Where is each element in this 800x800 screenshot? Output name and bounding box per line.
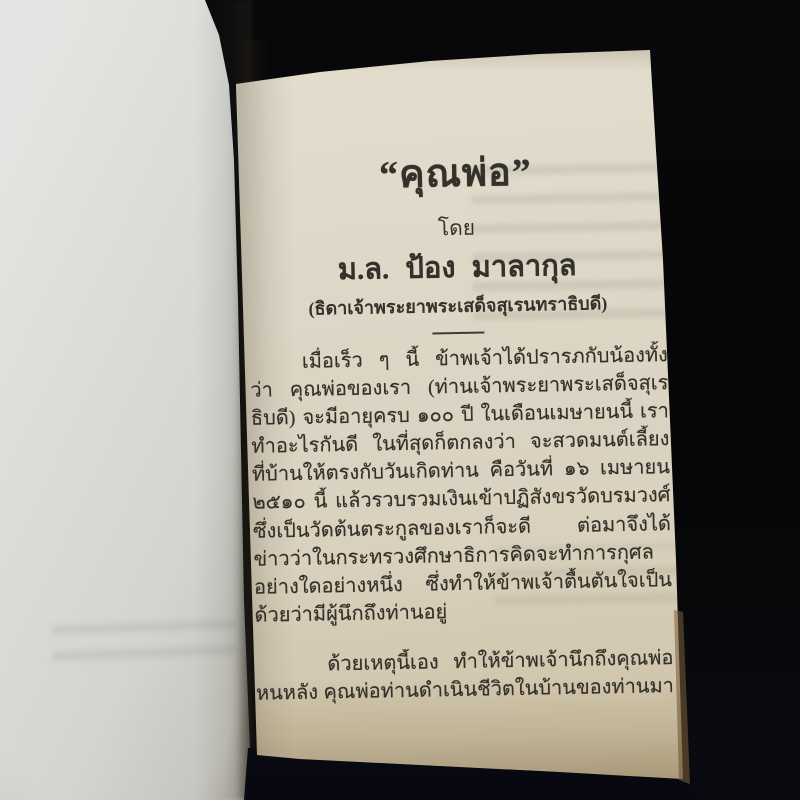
paragraph: เมื่อเร็ว ๆ นี้ ข้าพเจ้าได้ปรารภกับน้องท… bbox=[250, 341, 673, 630]
page-top-shade bbox=[236, 46, 656, 72]
paragraph: ด้วยเหตุนี้เอง ทำให้ข้าพเจ้านึกถึงคุณพ่อ… bbox=[255, 644, 674, 708]
author-name: ม.ล. ป้อง มาลากุล bbox=[248, 244, 667, 294]
byline: โดย bbox=[247, 208, 666, 248]
book-title: “คุณพ่อ” bbox=[246, 144, 665, 210]
divider-rule bbox=[432, 331, 484, 334]
body-text: เมื่อเร็ว ๆ นี้ ข้าพเจ้าได้ปรารภกับน้องท… bbox=[250, 341, 675, 708]
author-note: (ธิดาเจ้าพระยาพระเสด็จสุเรนทราธิบดี) bbox=[249, 288, 667, 326]
page-content: “คุณพ่อ” โดย ม.ล. ป้อง มาลากุล (ธิดาเจ้า… bbox=[246, 144, 674, 708]
book-photo: “คุณพ่อ” โดย ม.ล. ป้อง มาลากุล (ธิดาเจ้า… bbox=[0, 0, 800, 800]
